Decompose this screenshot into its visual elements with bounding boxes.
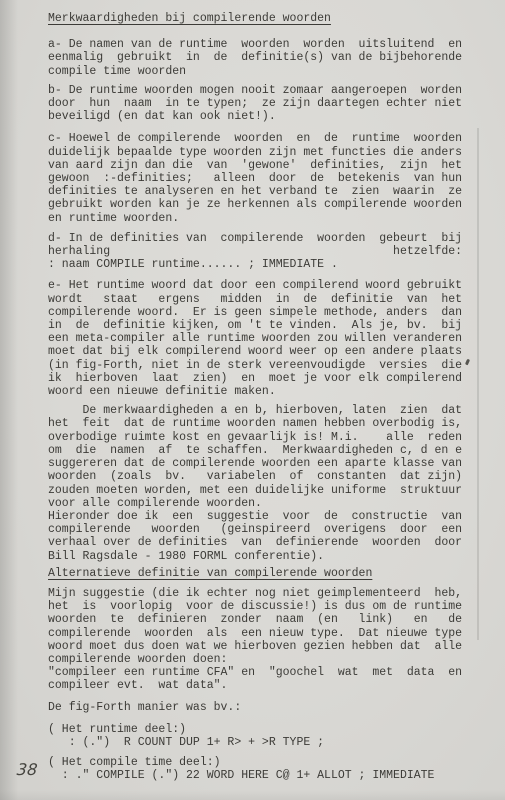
section-heading-alternatieve-definitie: Alternatieve definitie van compilerende … xyxy=(48,567,478,580)
section-heading-merkwaardigheden: Merkwaardigheden bij compilerende woorde… xyxy=(48,12,478,25)
line-figforth-intro: De fig-Forth manier was bv.: xyxy=(48,701,478,714)
paragraph-item-e: e- Het runtime woord dat door een compil… xyxy=(48,279,478,398)
paragraph-summary: De merkwaardigheden a en b, hierboven, l… xyxy=(48,404,478,562)
paragraph-item-b: b- De runtime woorden mogen nooit zomaar… xyxy=(48,84,478,124)
page-content: Merkwaardigheden bij compilerende woorde… xyxy=(48,0,478,783)
paragraph-item-a: a- De namen van de runtime woorden worde… xyxy=(48,38,478,78)
scan-bottom-shadow xyxy=(0,790,505,800)
paragraph-suggestion: Mijn suggestie (die ik echter nog niet g… xyxy=(48,587,478,693)
scan-left-shadow xyxy=(0,0,18,800)
code-runtime-part: ( Het runtime deel:) : (.") R COUNT DUP … xyxy=(48,723,478,749)
paragraph-item-d: d- In de definities van compilerende woo… xyxy=(48,232,478,272)
code-compiletime-part: ( Het compile time deel:) : ." COMPILE (… xyxy=(48,756,478,782)
paragraph-item-c: c- Hoewel de compilerende woorden en de … xyxy=(48,132,478,224)
page-number: 38 xyxy=(16,760,38,779)
